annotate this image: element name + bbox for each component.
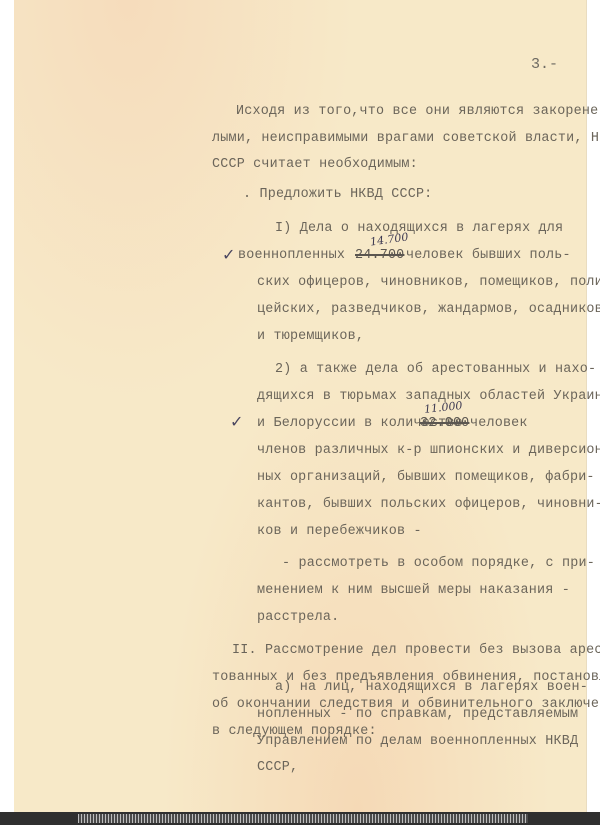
text-line: и тюремщиков,	[257, 329, 364, 344]
text-line: Управлением по делам военнопленных НКВД	[257, 734, 578, 749]
text-line: СССР считает необходимым:	[212, 157, 418, 172]
scanner-ruler	[78, 814, 528, 823]
page-number: 3.-	[531, 56, 558, 73]
text-line: нопленных - по справкам, представляемым	[257, 707, 578, 722]
text-line: человек	[470, 416, 528, 431]
text-line: СССР,	[257, 760, 298, 775]
text-line: Исходя из того,что все они являются зако…	[236, 104, 600, 119]
text-line: военнопленных	[238, 248, 345, 263]
text-line: кантов, бывших польских офицеров, чиновн…	[257, 497, 600, 512]
text-line: . Предложить НКВД СССР:	[243, 187, 432, 202]
text-line: I) Дела о находящихся в лагерях для	[275, 221, 563, 236]
text-line: цейских, разведчиков, жандармов, осадник…	[257, 302, 600, 317]
text-line: II. Рассмотрение дел провести без вызова…	[232, 643, 600, 658]
text-line: 2) а также дела об арестованных и нахо-	[275, 362, 596, 377]
text-line: лыми, неисправимыми врагами советской вл…	[212, 131, 600, 146]
scanner-edge	[0, 812, 600, 825]
struck-number: 24.700	[355, 248, 404, 263]
text-line: ных организаций, бывших помещиков, фабри…	[257, 470, 595, 485]
text-line: расстрела.	[257, 610, 339, 625]
text-line: - рассмотреть в особом порядке, с при-	[282, 556, 595, 571]
struck-number: 32.000	[420, 416, 469, 431]
text-line: человек бывших поль-	[406, 248, 571, 263]
text-line: а) на лиц, находящихся в лагерях воен-	[275, 680, 588, 695]
check-mark-icon: ✓	[222, 245, 235, 264]
text-line: ских офицеров, чиновников, помещиков, по…	[257, 275, 600, 290]
text-line: членов различных к-р шпионских и диверси…	[257, 443, 600, 458]
check-mark-icon: ✓	[230, 412, 243, 431]
text-line: менением к ним высшей меры наказания -	[257, 583, 570, 598]
text-line: ков и перебежчиков -	[257, 524, 422, 539]
